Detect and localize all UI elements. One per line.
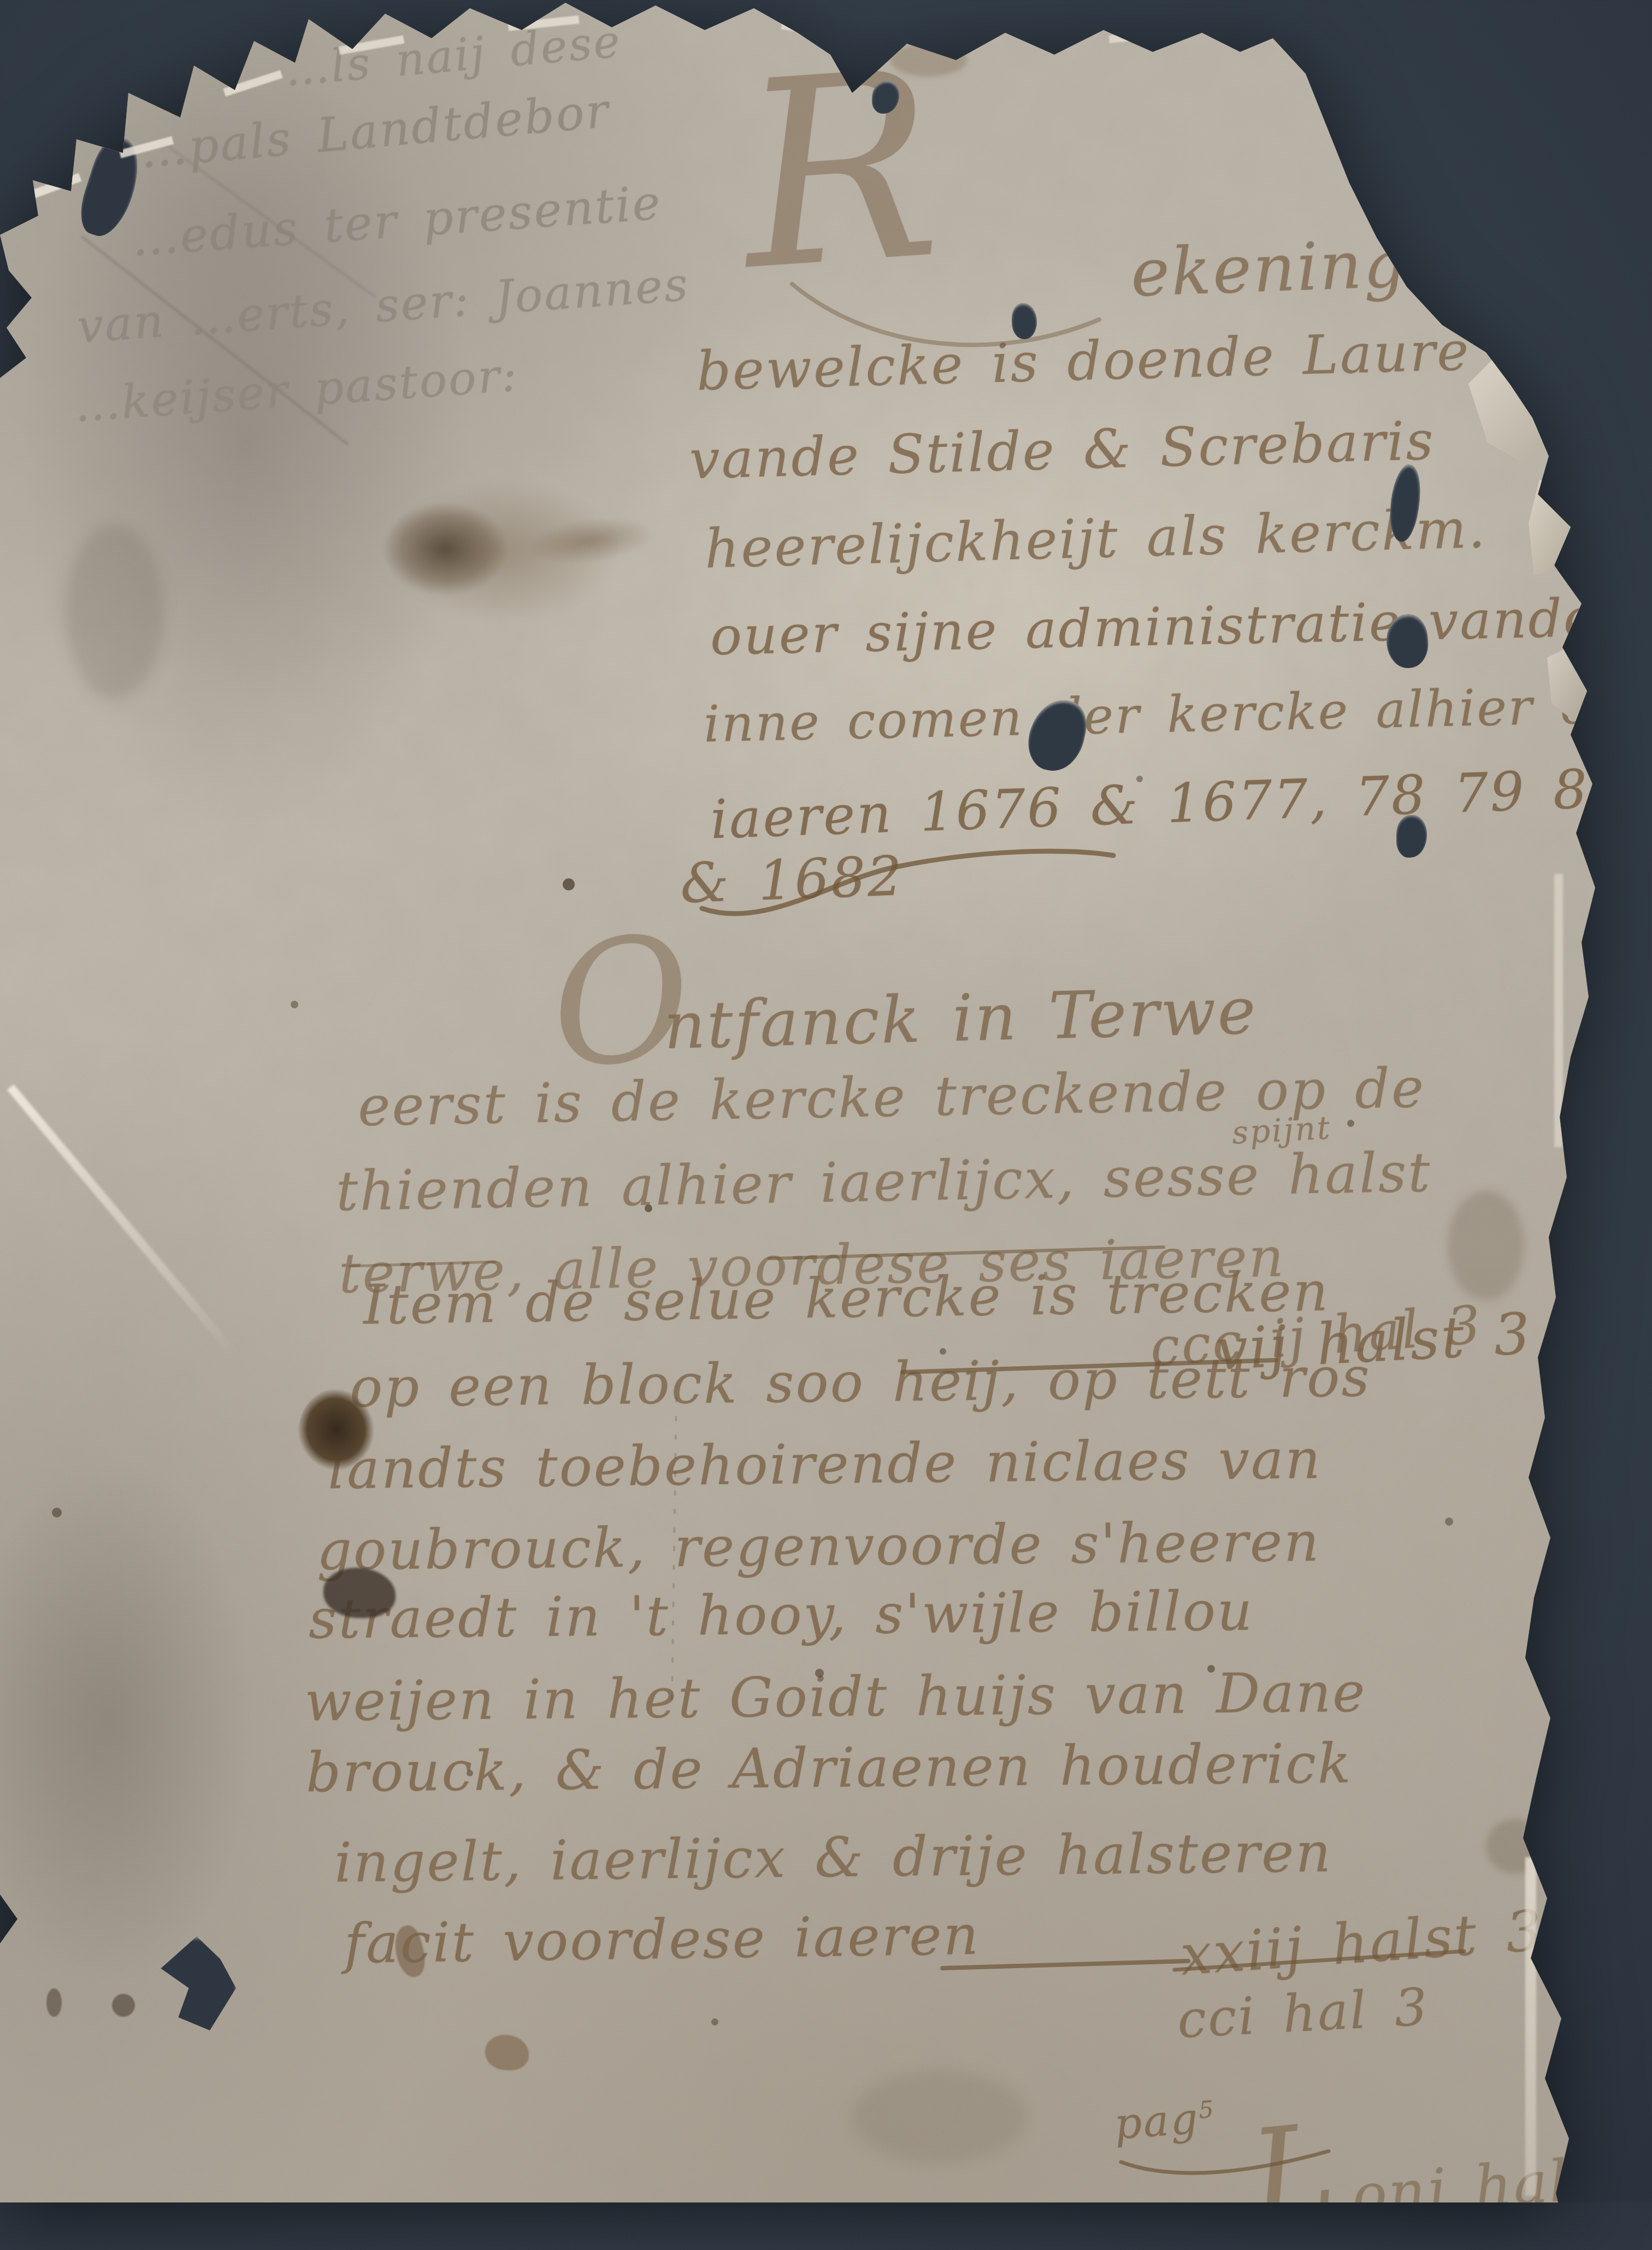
manuscript-paper-wrap: …ls naij dese …pals Landtdebor …edus ter… xyxy=(0,0,1652,2202)
manuscript-line: vande Stilde & Screbaris xyxy=(689,410,1436,492)
torn-edge-highlight-right xyxy=(1554,874,1563,1147)
page-reference-word: pag xyxy=(1113,2094,1201,2149)
crease-white-diagonal xyxy=(7,1084,239,1358)
stain-right-mid xyxy=(1448,1191,1524,1300)
amount-entry2-final: cci hal 3 xyxy=(1176,1977,1430,2050)
manuscript-line-years: iaeren 1676 & 1677, 78 79 80 81 xyxy=(710,754,1652,852)
carry-total-initial: L xyxy=(1243,2097,1343,2202)
manuscript-line: straedt in 't hooy, s'wijle billou xyxy=(309,1579,1254,1651)
manuscript-line: inne comen der kercke alhier ouer de xyxy=(703,672,1652,753)
manuscript-line: facit voordese iaeren xyxy=(344,1903,980,1976)
stain-bottom-center xyxy=(852,2070,1027,2163)
stain-right-lower xyxy=(1486,1819,1546,1874)
manuscript-line-years-extra: & 1682 xyxy=(679,844,905,916)
manuscript-line: ouer sijne administratie vande xyxy=(710,587,1597,667)
stain-bottomleft-shadow xyxy=(0,1366,300,2076)
manuscript-line: thienden alhier iaerlijcx, sesse halst xyxy=(335,1141,1432,1224)
speck xyxy=(467,1770,473,1776)
speck xyxy=(815,1669,824,1678)
speck xyxy=(563,878,575,890)
section-heading-rest: ntfanck in Terwe xyxy=(663,973,1258,1064)
manuscript-line: weijen in het Goidt huijs van Dane xyxy=(305,1661,1367,1734)
speck xyxy=(1445,1517,1453,1526)
manuscript-line: landts toebehoirende niclaes van xyxy=(327,1427,1322,1501)
speck xyxy=(1207,1665,1215,1673)
title-initial: R xyxy=(733,15,948,327)
carry-total-rest: onj hal xyxy=(1350,2147,1571,2202)
speck xyxy=(52,1508,62,1517)
speck xyxy=(645,1204,652,1212)
speck xyxy=(940,1348,946,1355)
manuscript-line: heerelijckheijt als kerckm. xyxy=(704,498,1488,580)
stain-brown-spot xyxy=(485,2035,529,2070)
manuscript-line: ingelt, iaerlijcx & drije halsteren xyxy=(334,1820,1332,1894)
page-reference-sup: 5 xyxy=(1197,2096,1216,2124)
manuscript-paper: …ls naij dese …pals Landtdebor …edus ter… xyxy=(0,0,1652,2202)
paper-hole xyxy=(1012,303,1037,339)
manuscript-line: goubrouck, regenvoorde s'heeren xyxy=(317,1510,1321,1582)
torn-edge-highlight-right xyxy=(1525,1857,1536,2196)
amount-entry2-struck: xxiij halst 3 xyxy=(1178,1898,1545,1988)
paper-hole xyxy=(1396,815,1427,858)
torn-flap xyxy=(1529,480,1583,575)
manuscript-line: op een block soo heij, op tett ros xyxy=(349,1345,1371,1420)
photo-scene: …ls naij dese …pals Landtdebor …edus ter… xyxy=(0,0,1652,2202)
speck xyxy=(711,2018,718,2025)
superscript-note: spijnt xyxy=(1231,1109,1332,1151)
page-reference: pag5 xyxy=(1113,2093,1217,2149)
speck xyxy=(112,1994,135,2017)
manuscript-line: bewelcke is doende Laure xyxy=(696,320,1471,403)
stain-left-band xyxy=(66,524,164,699)
speck xyxy=(291,1001,298,1008)
manuscript-line: brouck, & de Adriaenen houderick xyxy=(306,1732,1353,1805)
torn-edge-highlight xyxy=(1109,30,1170,43)
torn-flap xyxy=(1468,349,1556,466)
speck xyxy=(46,1988,62,2017)
speck xyxy=(1347,1120,1354,1127)
speck xyxy=(1136,776,1143,782)
title-rest: ekeninghe xyxy=(1130,223,1492,312)
